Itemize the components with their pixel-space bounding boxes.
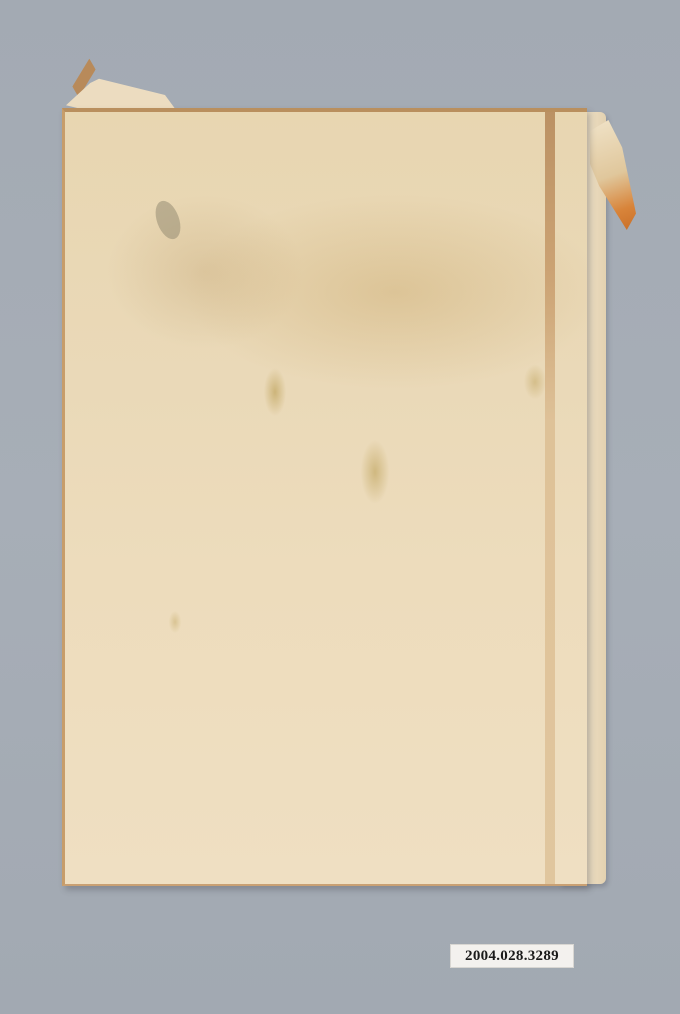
- accession-number-label: 2004.028.3289: [450, 944, 574, 968]
- stain-spot: [151, 197, 185, 242]
- spine-hinge-stain: [545, 112, 555, 884]
- book-photograph: 2004.028.3289: [0, 0, 680, 1014]
- book-back-cover: [62, 108, 587, 886]
